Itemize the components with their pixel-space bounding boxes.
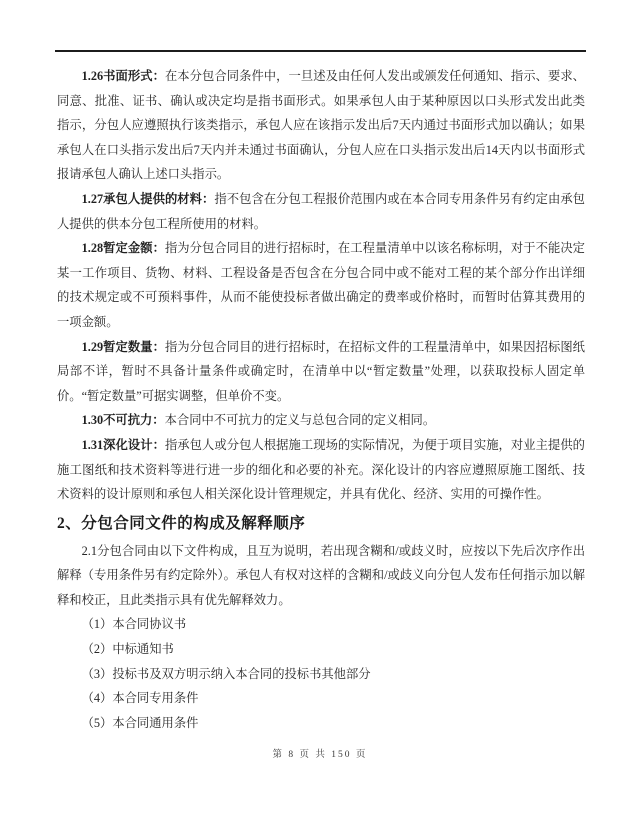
contract-doc-item-3: （3）投标书及双方明示纳入本合同的投标书其他部分: [57, 662, 585, 687]
clause-1-29-label: 1.29暂定数量：: [82, 340, 165, 354]
page-number: 第 8 页 共 150 页: [0, 746, 640, 760]
clause-1-30: 1.30不可抗力：本合同中不可抗力的定义与总包合同的定义相同。: [57, 408, 585, 433]
contract-doc-item-2: （2）中标通知书: [57, 637, 585, 662]
document-body: 1.26书面形式：在本分包合同条件中，一旦述及由任何人发出或颁发任何通知、指示、…: [57, 64, 585, 735]
clause-1-28-label: 1.28暂定金额：: [82, 241, 165, 255]
clause-1-27: 1.27承包人提供的材料：指不包含在分包工程报价范围内或在本合同专用条件另有约定…: [57, 187, 585, 236]
clause-1-31-label: 1.31深化设计：: [82, 438, 165, 452]
clause-1-27-label: 1.27承包人提供的材料：: [82, 192, 215, 206]
clause-1-29: 1.29暂定数量：指为分包合同目的进行招标时，在招标文件的工程量清单中，如果因招…: [57, 335, 585, 409]
contract-doc-item-1: （1）本合同协议书: [57, 612, 585, 637]
document-page: 1.26书面形式：在本分包合同条件中，一旦述及由任何人发出或颁发任何通知、指示、…: [0, 0, 640, 828]
contract-doc-item-4: （4）本合同专用条件: [57, 686, 585, 711]
clause-1-28: 1.28暂定金额：指为分包合同目的进行招标时，在工程量清单中以该名称标明，对于不…: [57, 236, 585, 334]
clause-1-26-label: 1.26书面形式：: [82, 69, 165, 83]
clause-2-1: 2.1分包合同由以下文件构成，且互为说明，若出现含糊和/或歧义时，应按以下先后次…: [57, 539, 585, 613]
clause-1-26-text: 在本分包合同条件中，一旦述及由任何人发出或颁发任何通知、指示、要求、同意、批准、…: [57, 69, 585, 181]
contract-doc-item-5: （5）本合同通用条件: [57, 711, 585, 736]
clause-1-30-label: 1.30不可抗力：: [82, 413, 165, 427]
header-divider: [55, 50, 586, 52]
clause-1-31: 1.31深化设计：指承包人或分包人根据施工现场的实际情况，为便于项目实施，对业主…: [57, 433, 585, 507]
clause-1-30-text: 本合同中不可抗力的定义与总包合同的定义相同。: [165, 413, 436, 427]
section-2-heading: 2、分包合同文件的构成及解释顺序: [57, 511, 585, 537]
clause-1-26: 1.26书面形式：在本分包合同条件中，一旦述及由任何人发出或颁发任何通知、指示、…: [57, 64, 585, 187]
